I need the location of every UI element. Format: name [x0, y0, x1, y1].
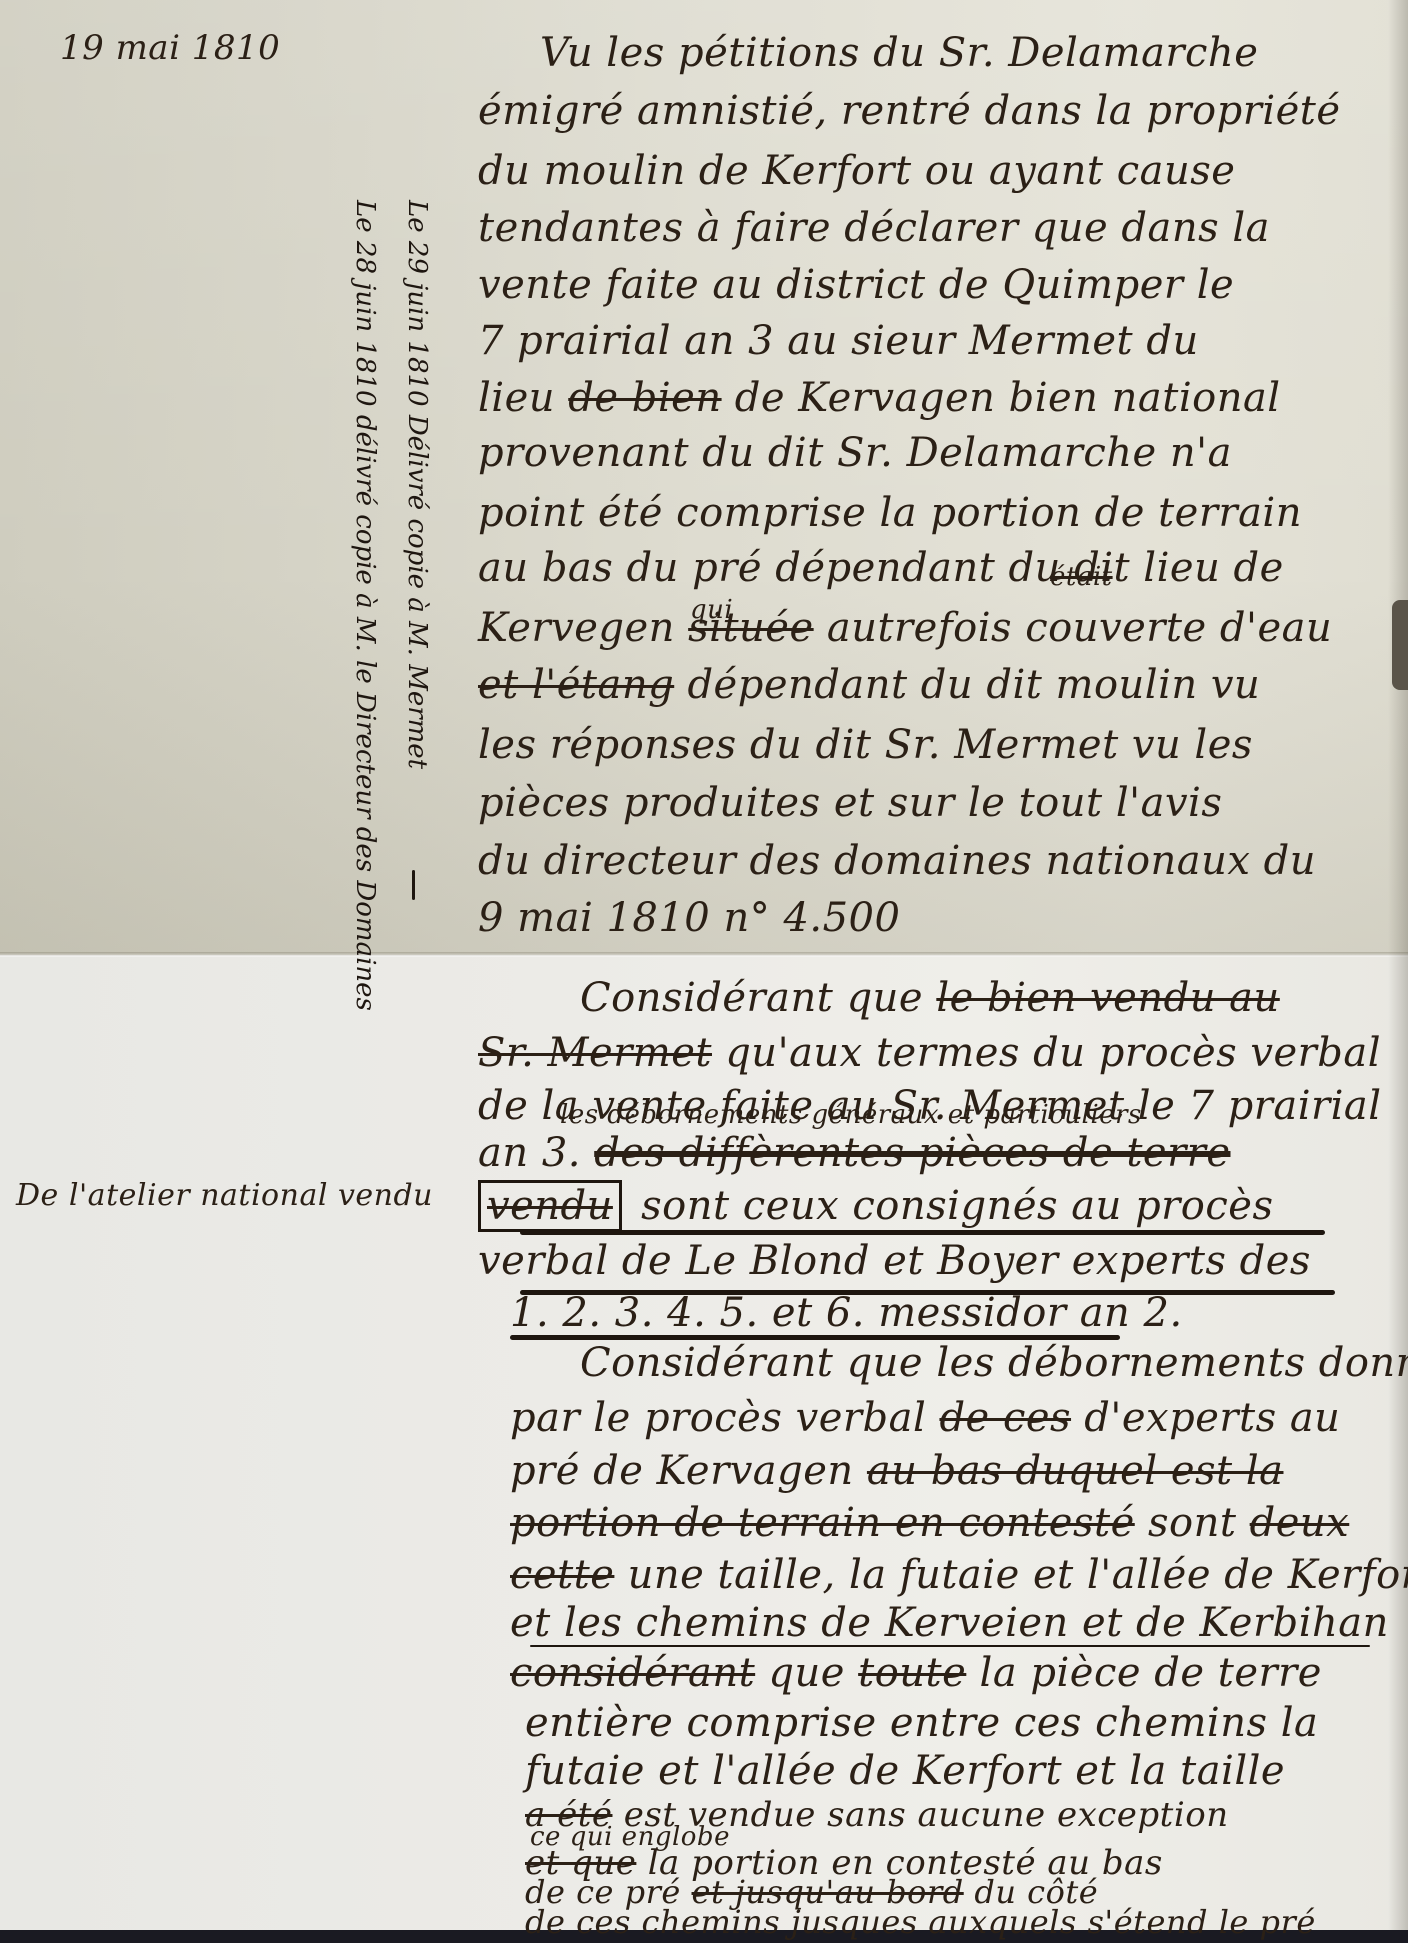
body-line: pièces produites et sur le tout l'avis	[478, 780, 1222, 826]
body-line: Kervegen située autrefois couverte d'eau	[478, 605, 1332, 651]
margin-vertical-note-1: Le 29 juin 1810 Délivré copie à M. Merme…	[402, 200, 432, 769]
body-line: vendu sont ceux consignés au procès	[478, 1180, 1273, 1232]
body-line: tendantes à faire déclarer que dans la	[478, 205, 1270, 251]
struck-text: au bas duquel est la	[867, 1448, 1284, 1494]
body-line: Considérant que les débornements donnés	[580, 1340, 1408, 1386]
struck-text: de bien	[568, 375, 721, 421]
heavy-struck-text: des diffèrentes pièces de terre	[594, 1130, 1230, 1176]
line-suffix: la pièce de terre	[980, 1650, 1322, 1696]
struck-text: deux	[1250, 1500, 1350, 1546]
body-line: les réponses du dit Sr. Mermet vu les	[478, 722, 1253, 768]
body-line: 7 prairial an 3 au sieur Mermet du	[478, 318, 1199, 364]
body-line: futaie et l'allée de Kerfort et la taill…	[525, 1748, 1285, 1794]
interlinear-struck: était	[1050, 562, 1113, 592]
line-text: sont	[1148, 1500, 1236, 1546]
line-text: qu'aux termes du procès verbal	[725, 1030, 1381, 1076]
struck-prefix: considérant	[510, 1650, 755, 1696]
body-line: Vu les pétitions du Sr. Delamarche	[540, 30, 1258, 76]
struck-prefix: portion de terrain en contesté	[510, 1500, 1135, 1546]
body-line: par le procès verbal de ces d'experts au	[510, 1395, 1340, 1441]
body-line: et les chemins de Kerveien et de Kerbiha…	[510, 1600, 1389, 1646]
line-text: autrefois couverte d'eau	[827, 605, 1332, 651]
margin-vertical-note-2: Le 28 juin 1810 délivré copie à M. le Di…	[350, 200, 380, 1011]
body-line: an 3. des diffèrentes pièces de terre	[478, 1130, 1231, 1176]
body-line: du moulin de Kerfort ou ayant cause	[478, 148, 1235, 194]
body-line: Considérant que le bien vendu au	[580, 975, 1280, 1021]
body-line: 1. 2. 3. 4. 5. et 6. messidor an 2.	[510, 1290, 1183, 1336]
body-line: au bas du pré dépendant du dit lieu de	[478, 545, 1284, 591]
boxed-struck-text: vendu	[478, 1180, 622, 1232]
body-line: et l'étang dépendant du dit moulin vu	[478, 662, 1260, 708]
line-text: Considérant que	[580, 975, 923, 1021]
struck-text: et l'étang	[478, 662, 674, 708]
interlinear-insertion: les débornements généraux et particulier…	[560, 1100, 1142, 1130]
body-line: considérant que toute la pièce de terre	[510, 1650, 1322, 1696]
line-text: une taille, la futaie et l'allée de Kerf…	[628, 1552, 1408, 1598]
body-line: provenant du dit Sr. Delamarche n'a	[478, 430, 1232, 476]
line-prefix: an 3.	[478, 1130, 581, 1176]
margin-left-note: De l'atelier national vendu	[16, 1178, 433, 1213]
line-text: par le procès verbal	[510, 1395, 926, 1441]
struck-text: Sr. Mermet	[478, 1030, 712, 1076]
body-line: du directeur des domaines nationaux du	[478, 838, 1316, 884]
line-text: dépendant du dit moulin vu	[687, 662, 1260, 708]
line-text: sont ceux consignés au procès	[641, 1183, 1273, 1229]
body-line: cette une taille, la futaie et l'allée d…	[510, 1552, 1408, 1598]
struck-text: toute	[858, 1650, 966, 1696]
margin-note-flourish	[412, 870, 415, 900]
body-line: émigré amnistié, rentré dans la propriét…	[478, 88, 1341, 134]
struck-prefix: cette	[510, 1552, 614, 1598]
paper-edge-shadow	[1388, 0, 1408, 1943]
line-suffix: d'experts au	[1084, 1395, 1340, 1441]
line-text: pré de Kervagen	[510, 1448, 854, 1494]
margin-date: 19 mai 1810	[60, 28, 280, 68]
line-prefix: lieu	[478, 375, 555, 421]
body-line: pré de Kervagen au bas duquel est la	[510, 1448, 1283, 1494]
underline-mark	[530, 1645, 1370, 1647]
body-line: entière comprise entre ces chemins la	[525, 1700, 1318, 1746]
body-line: 9 mai 1810 n° 4.500	[478, 895, 900, 941]
body-line: verbal de Le Blond et Boyer experts des	[478, 1238, 1311, 1284]
body-line: portion de terrain en contesté sont deux	[510, 1500, 1349, 1546]
struck-text: le bien vendu au	[936, 975, 1279, 1021]
line-text: que	[768, 1650, 845, 1696]
body-line: lieu de bien de Kervagen bien national	[478, 375, 1281, 421]
body-line: de ces chemins jusques auxquels s'étend …	[525, 1903, 1316, 1941]
struck-text: de ces	[939, 1395, 1071, 1441]
struck-text: située	[688, 605, 814, 651]
line-prefix: Kervegen	[478, 605, 675, 651]
body-line: vente faite au district de Quimper le	[478, 262, 1234, 308]
underline-mark	[520, 1230, 1325, 1235]
line-text: de Kervagen bien national	[735, 375, 1281, 421]
body-line: Sr. Mermet qu'aux termes du procès verba…	[478, 1030, 1381, 1076]
body-line: point été comprise la portion de terrain	[478, 490, 1302, 536]
torn-paper-edge	[1392, 600, 1408, 690]
paper-fold-line	[0, 952, 1408, 957]
